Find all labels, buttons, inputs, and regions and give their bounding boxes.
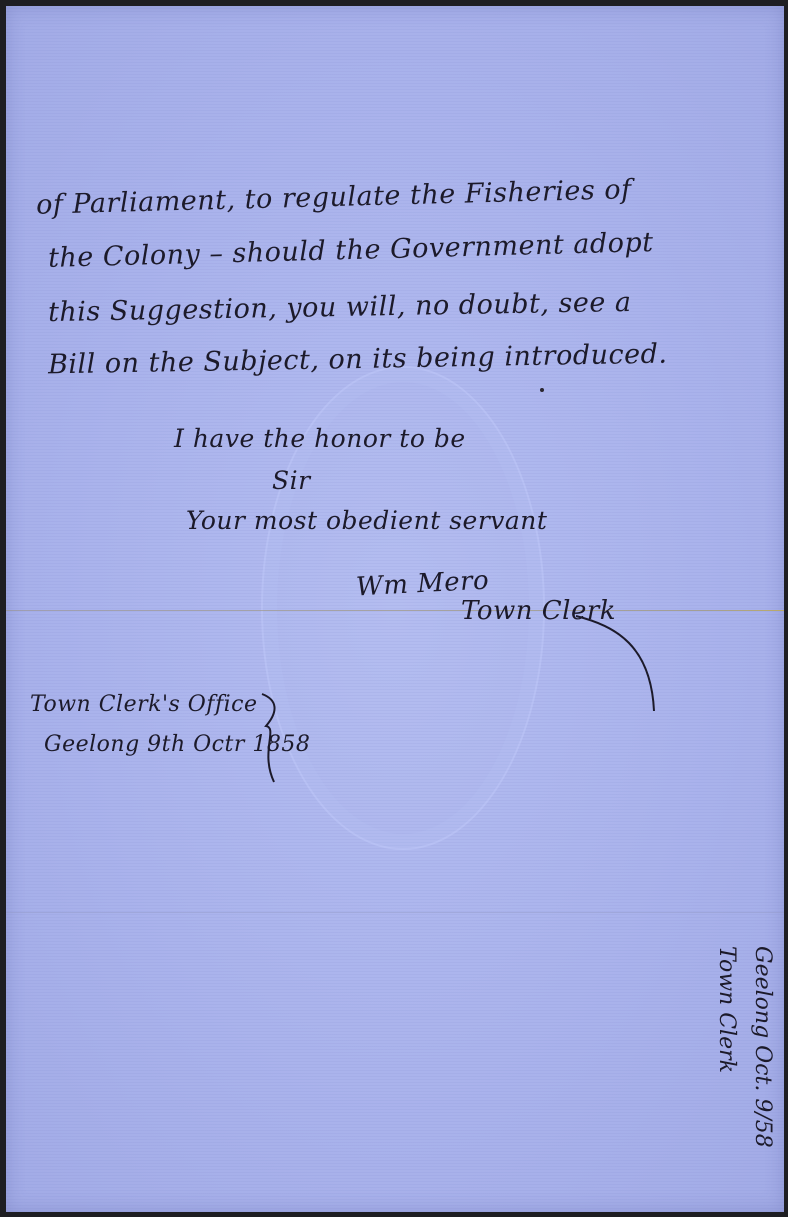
docket-line: Geelong Oct. 9/58 (744, 946, 780, 1148)
closing-line: Your most obedient servant (186, 506, 547, 535)
signature-flourish-icon (566, 586, 666, 716)
fold-line (6, 912, 784, 913)
sender-address-line: Town Clerk's Office (30, 692, 257, 717)
ink-blot (540, 388, 544, 392)
docket-endorsement: Geelong Oct. 9/58 Town Clerk (668, 946, 788, 1206)
body-line: Bill on the Subject, on its being introd… (48, 339, 668, 381)
docket-line: Town Clerk (708, 946, 744, 1148)
brace-icon (256, 692, 286, 792)
closing-line: I have the honor to be (174, 424, 466, 453)
letter-page: of Parliament, to regulate the Fisheries… (6, 6, 784, 1212)
body-line: this Suggestion, you will, no doubt, see… (48, 287, 632, 328)
body-line: of Parliament, to regulate the Fisheries… (36, 174, 632, 221)
closing-salutation: Sir (272, 466, 311, 495)
body-line: the Colony – should the Government adopt (48, 227, 654, 274)
fold-line (6, 610, 784, 611)
